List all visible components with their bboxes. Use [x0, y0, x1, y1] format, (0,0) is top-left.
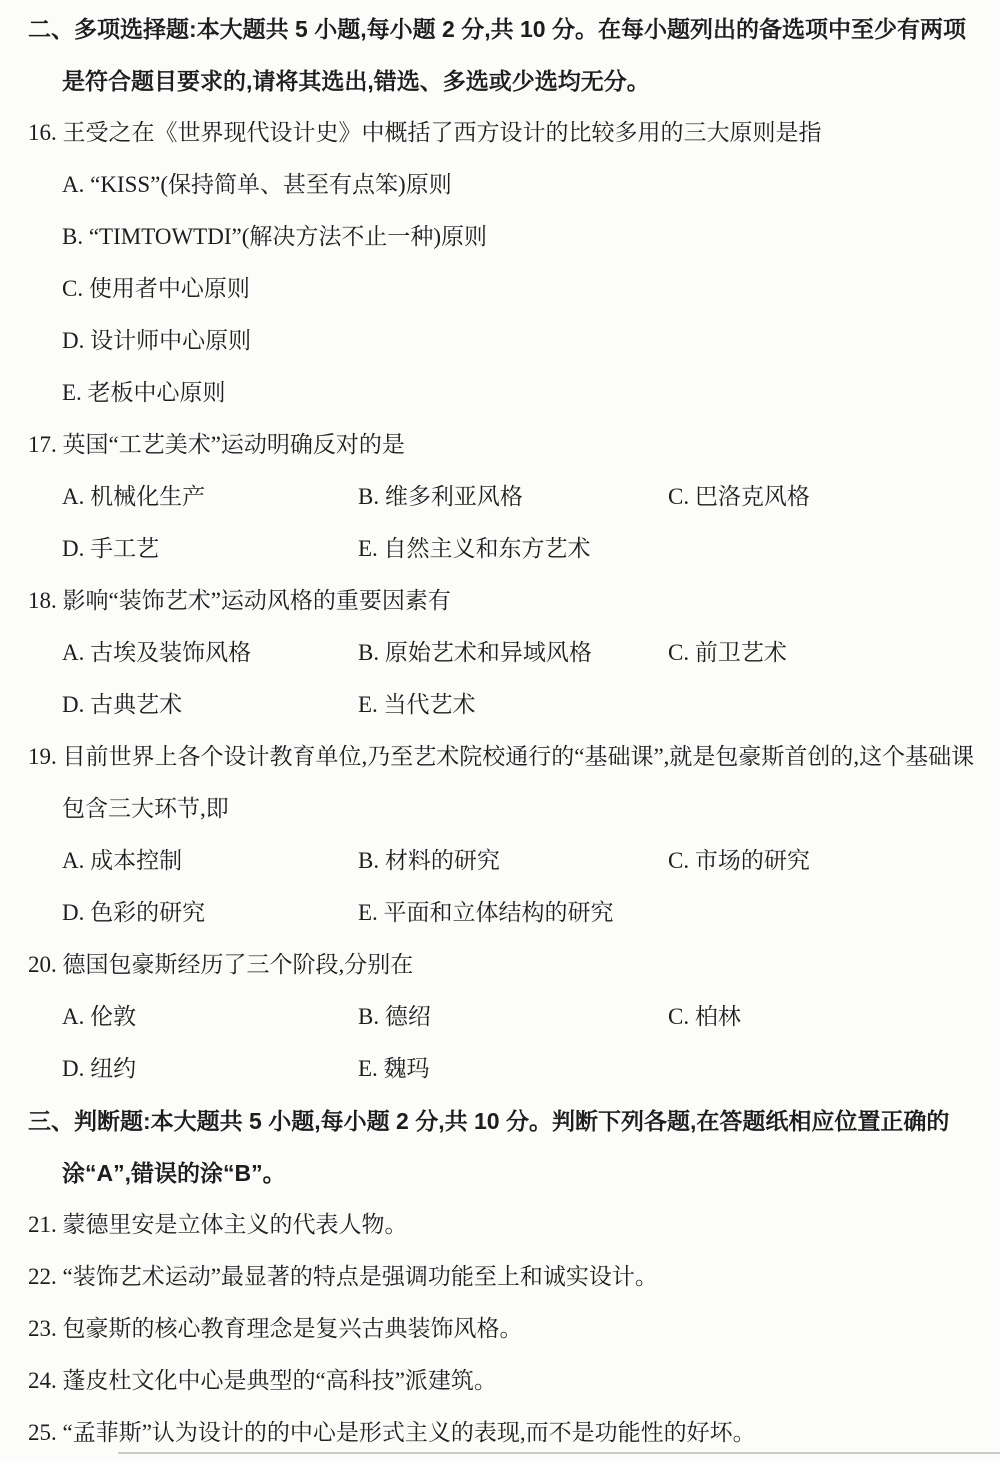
question-18-options-row-2: D. 古典艺术 E. 当代艺术 [28, 679, 986, 731]
question-16-option-c: C. 使用者中心原则 [28, 263, 986, 315]
question-18-option-a: A. 古埃及装饰风格 [62, 627, 358, 679]
question-17-option-e: E. 自然主义和东方艺术 [358, 523, 668, 575]
question-16-option-e: E. 老板中心原则 [28, 367, 986, 419]
question-17-option-b: B. 维多利亚风格 [358, 471, 668, 523]
question-20-options-row-2: D. 纽约 E. 魏玛 [28, 1043, 986, 1095]
exam-page: 二、多项选择题:本大题共 5 小题,每小题 2 分,共 10 分。在每小题列出的… [0, 0, 1000, 1461]
question-24: 24. 蓬皮杜文化中心是典型的“高科技”派建筑。 [28, 1355, 986, 1407]
question-18-option-d: D. 古典艺术 [62, 679, 358, 731]
question-17-option-d: D. 手工艺 [62, 523, 358, 575]
question-18-options-row-1: A. 古埃及装饰风格 B. 原始艺术和异域风格 C. 前卫艺术 [28, 627, 986, 679]
question-20-option-a: A. 伦敦 [62, 991, 358, 1043]
question-19-option-c: C. 市场的研究 [668, 835, 986, 887]
question-19-option-d: D. 色彩的研究 [62, 887, 358, 939]
question-17-option-c: C. 巴洛克风格 [668, 471, 986, 523]
question-16-stem: 16. 王受之在《世界现代设计史》中概括了西方设计的比较多用的三大原则是指 [28, 107, 986, 159]
question-19-stem: 19. 目前世界上各个设计教育单位,乃至艺术院校通行的“基础课”,就是包豪斯首创… [28, 731, 986, 835]
question-19-options-row-1: A. 成本控制 B. 材料的研究 C. 市场的研究 [28, 835, 986, 887]
question-20-option-e: E. 魏玛 [358, 1043, 668, 1095]
section-3-heading: 三、判断题:本大题共 5 小题,每小题 2 分,共 10 分。判断下列各题,在答… [28, 1095, 986, 1199]
question-20-option-b: B. 德绍 [358, 991, 668, 1043]
question-17-stem: 17. 英国“工艺美术”运动明确反对的是 [28, 419, 986, 471]
question-20-option-c: C. 柏林 [668, 991, 986, 1043]
question-17-options-row-1: A. 机械化生产 B. 维多利亚风格 C. 巴洛克风格 [28, 471, 986, 523]
question-19-option-a: A. 成本控制 [62, 835, 358, 887]
question-16-option-a: A. “KISS”(保持简单、甚至有点笨)原则 [28, 159, 986, 211]
question-23: 23. 包豪斯的核心教育理念是复兴古典装饰风格。 [28, 1303, 986, 1355]
question-20-option-d: D. 纽约 [62, 1043, 358, 1095]
question-19-option-b: B. 材料的研究 [358, 835, 668, 887]
question-17-option-a: A. 机械化生产 [62, 471, 358, 523]
question-20-options-row-1: A. 伦敦 B. 德绍 C. 柏林 [28, 991, 986, 1043]
question-18-option-b: B. 原始艺术和异域风格 [358, 627, 668, 679]
photo-edge-artifact [118, 1452, 1000, 1454]
question-21: 21. 蒙德里安是立体主义的代表人物。 [28, 1199, 986, 1251]
question-17-options-row-2: D. 手工艺 E. 自然主义和东方艺术 [28, 523, 986, 575]
question-19-option-e: E. 平面和立体结构的研究 [358, 887, 668, 939]
question-16-option-b: B. “TIMTOWTDI”(解决方法不止一种)原则 [28, 211, 986, 263]
question-22: 22. “装饰艺术运动”最显著的特点是强调功能至上和诚实设计。 [28, 1251, 986, 1303]
question-19-options-row-2: D. 色彩的研究 E. 平面和立体结构的研究 [28, 887, 986, 939]
section-2-heading: 二、多项选择题:本大题共 5 小题,每小题 2 分,共 10 分。在每小题列出的… [28, 3, 986, 107]
question-18-stem: 18. 影响“装饰艺术”运动风格的重要因素有 [28, 575, 986, 627]
question-20-stem: 20. 德国包豪斯经历了三个阶段,分别在 [28, 939, 986, 991]
question-18-option-c: C. 前卫艺术 [668, 627, 986, 679]
question-16-option-d: D. 设计师中心原则 [28, 315, 986, 367]
question-18-option-e: E. 当代艺术 [358, 679, 668, 731]
